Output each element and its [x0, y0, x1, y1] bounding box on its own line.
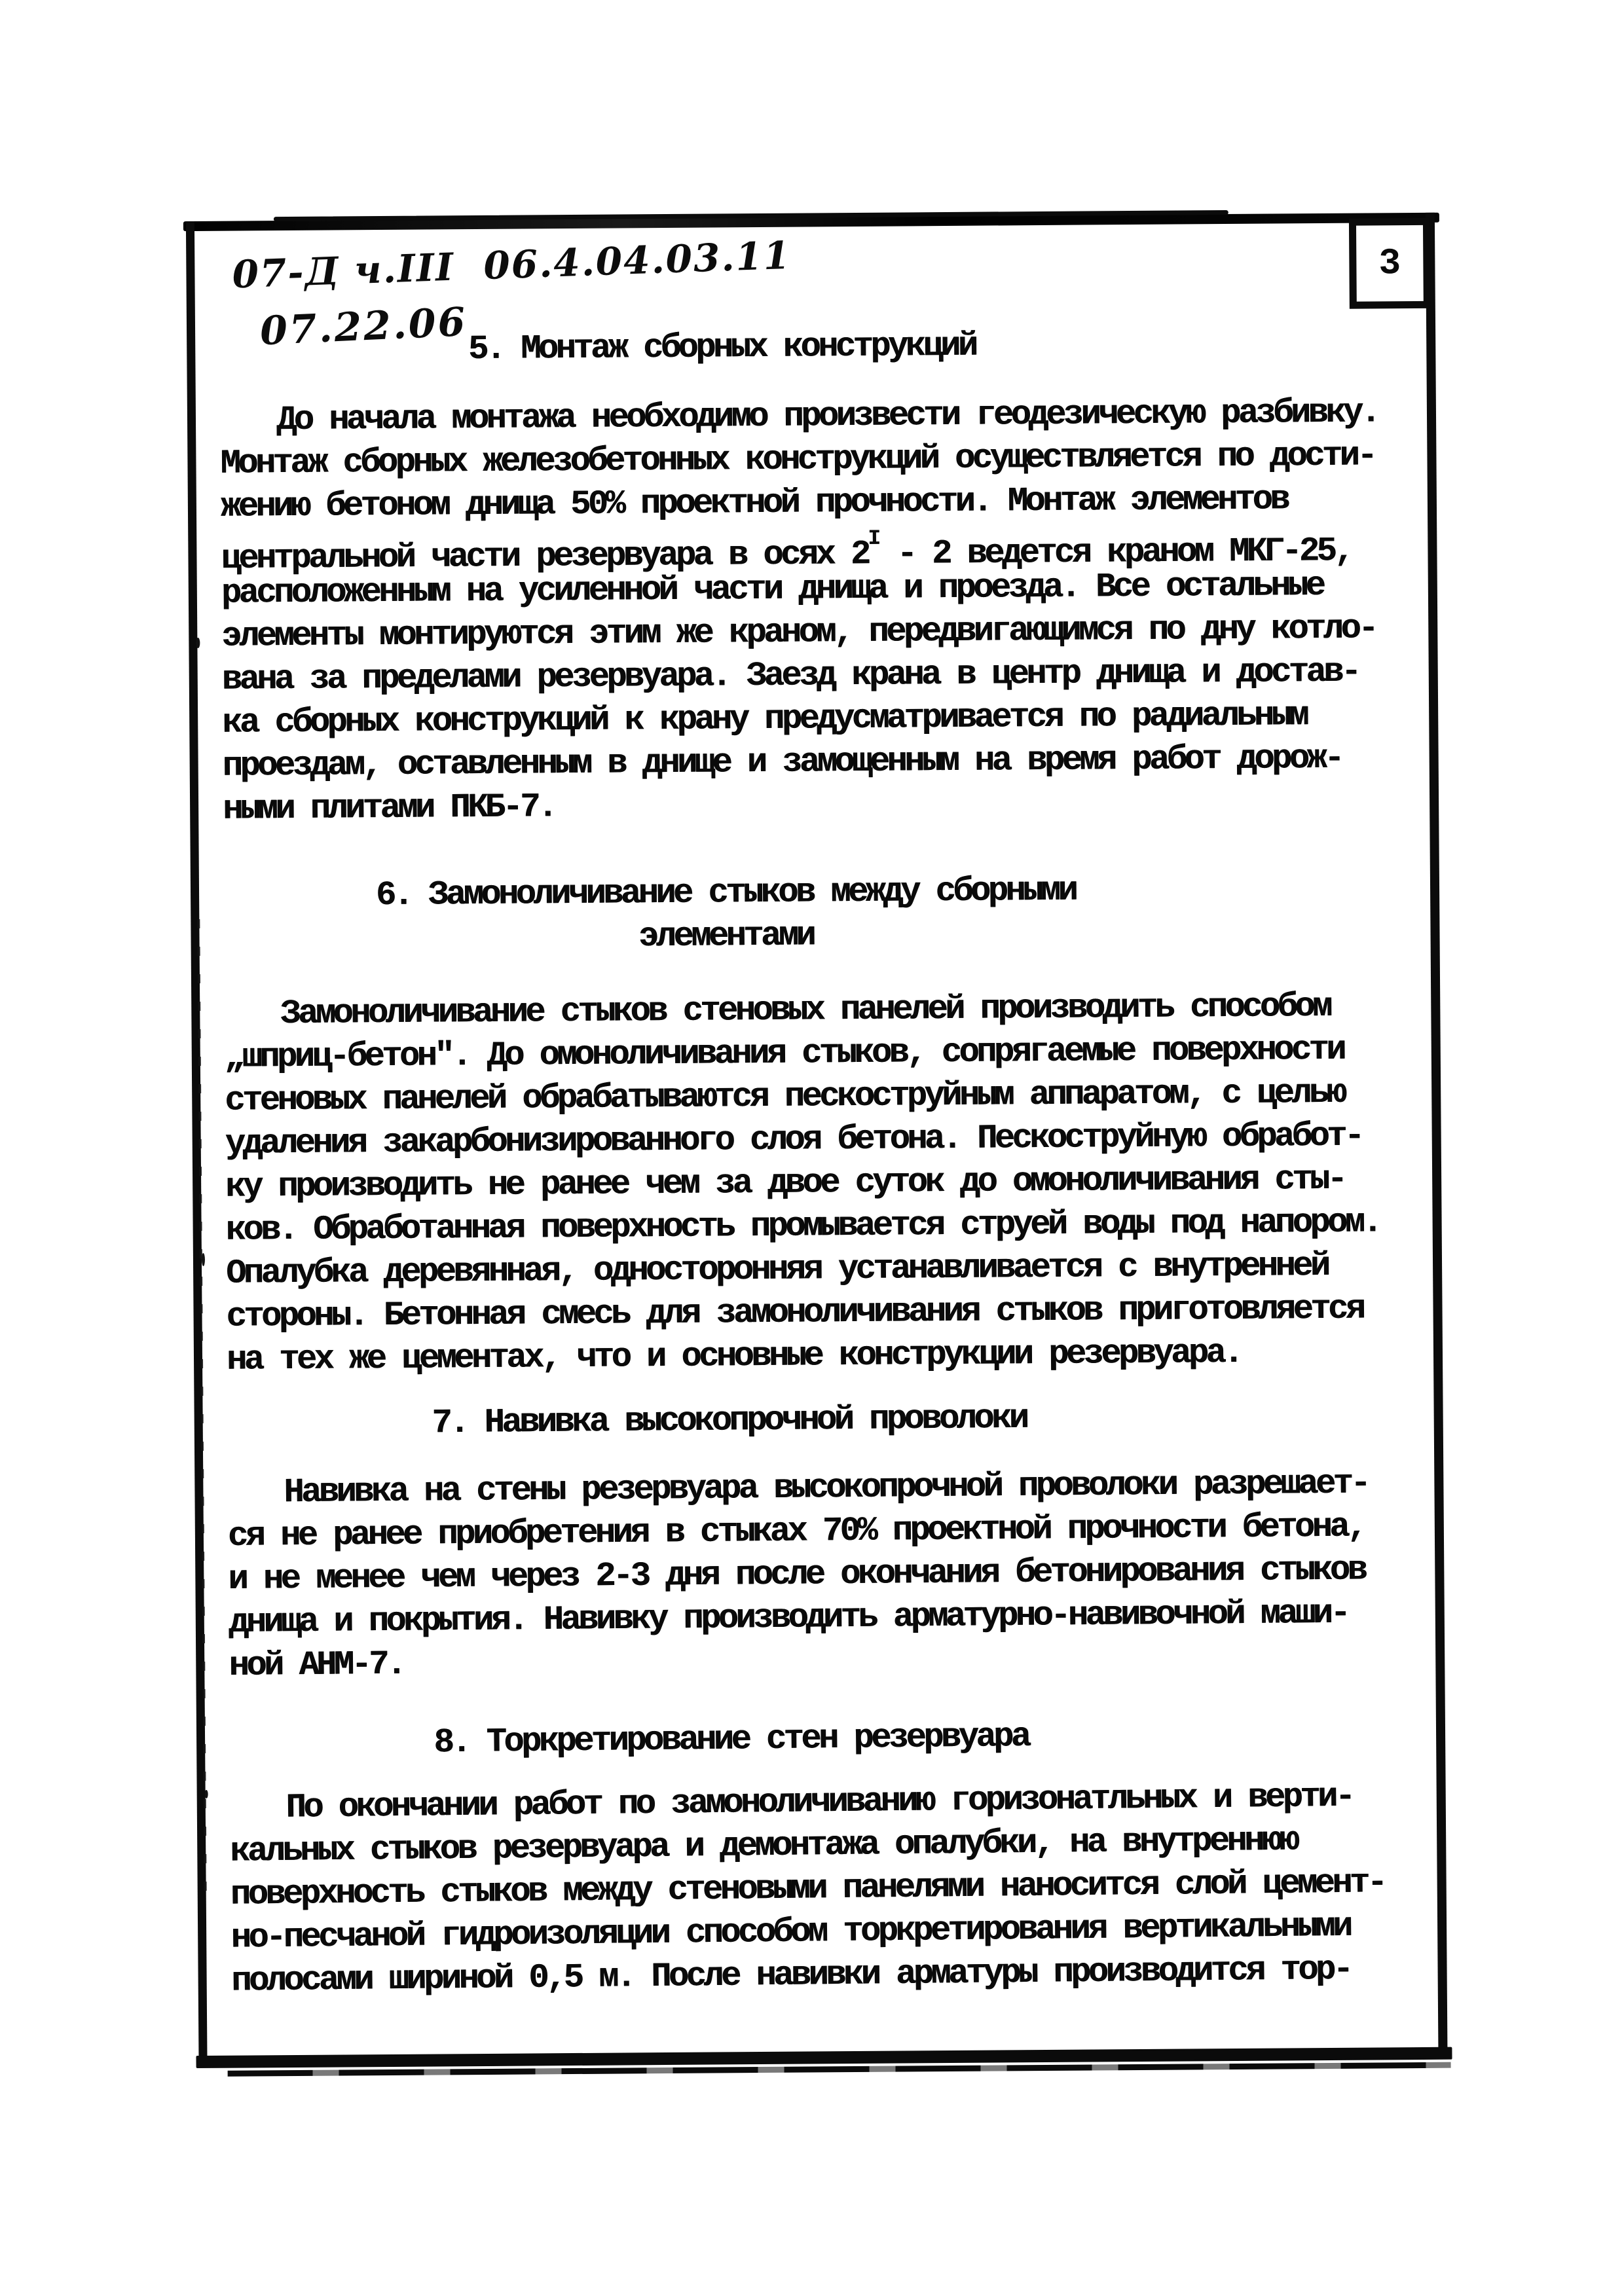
text-line: До начала монтажа необходимо произвести … [220, 391, 1408, 443]
scan-speck [202, 1253, 205, 1266]
text-line: ными плитами ПКБ-7. [223, 780, 1411, 831]
section-8-paragraph: По окончании работ по замоноличиванию го… [229, 1775, 1419, 2003]
text-line: „шприц-бетон". До омоноличивания стыков,… [225, 1028, 1412, 1080]
text-line: элементами [223, 911, 1228, 962]
text-line: расположенным на усиленной части днища и… [221, 564, 1409, 615]
section-7-heading: 7. Навивка высокопрочной проволоки [227, 1395, 1231, 1447]
section-8-torkretirovanie-sten: 8. Торкретирование стен резервуара По ок… [229, 1711, 1419, 2003]
section-6-zamonolichivanie-stykov: 6. Замоноличивание стыков между сборными… [223, 867, 1414, 1382]
text-line: ков. Обработанная поверхность промываетс… [225, 1201, 1413, 1252]
section-5-heading: 5. Монтаж сборных конструкций [219, 323, 1224, 373]
text-line: ку производить не ранее чем за двое суто… [225, 1157, 1413, 1209]
text-line: Монтаж сборных железобетонных конструкци… [220, 434, 1408, 486]
section-5-montazh-sbornykh-konstruktsiy: 5. Монтаж сборных конструкций До начала … [219, 321, 1411, 831]
text-line: элементы монтируются этим же краном, пер… [221, 607, 1409, 659]
section-7-navivka-provoloki: 7. Навивка высокопрочной проволоки Навив… [227, 1394, 1417, 1688]
text-line: проездам, оставленным в днище и замощенн… [222, 737, 1410, 788]
section-6-paragraph: Замоноличивание стыков стеновых панелей … [224, 985, 1414, 1382]
text-line: центральной части резервуара в осях 2I -… [221, 520, 1409, 572]
section-6-heading: 6. Замоноличивание стыков между сборными… [223, 868, 1228, 962]
scan-speck [196, 638, 200, 648]
superscript: I [868, 526, 879, 551]
text-line: стеновых панелей обрабатываются пескостр… [225, 1071, 1412, 1123]
text-line: на тех же цементах, что и основные конст… [227, 1330, 1414, 1382]
text-line: Опалубка деревянная, односторонняя устан… [226, 1244, 1414, 1296]
text-line: 8. Торкретирование стен резервуара [229, 1713, 1234, 1767]
section-7-paragraph: Навивка на стены резервуара высокопрочно… [227, 1462, 1417, 1688]
text-line: Замоноличивание стыков стеновых панелей … [224, 985, 1412, 1036]
text-line: 6. Замоноличивание стыков между сборными [223, 868, 1228, 919]
text-line: 5. Монтаж сборных конструкций [219, 323, 1224, 373]
section-8-heading: 8. Торкретирование стен резервуара [229, 1713, 1234, 1767]
text-line: 7. Навивка высокопрочной проволоки [227, 1395, 1231, 1447]
text-line: ка сборных конструкций к крану предусмат… [222, 693, 1410, 745]
sheet-border-right [1426, 213, 1448, 2059]
typed-content: 5. Монтаж сборных конструкций До начала … [219, 223, 1419, 2056]
document-sheet: 3 07-Д ч.III 06.4.04.03.11 07.22.06 5. М… [195, 223, 1437, 2056]
text-line: стороны. Бетонная смесь для замоноличива… [226, 1287, 1414, 1339]
scanned-document-page: 3 07-Д ч.III 06.4.04.03.11 07.22.06 5. М… [0, 0, 1624, 2296]
section-5-paragraph: До начала монтажа необходимо произвести … [220, 391, 1411, 831]
text-line: жению бетоном днища 50% проектной прочно… [221, 477, 1409, 529]
text-line: удаления закарбонизированного слоя бетон… [225, 1114, 1413, 1166]
scan-speck [205, 1790, 208, 1798]
text-line: вана за пределами резервуара. Заезд кран… [222, 650, 1410, 702]
